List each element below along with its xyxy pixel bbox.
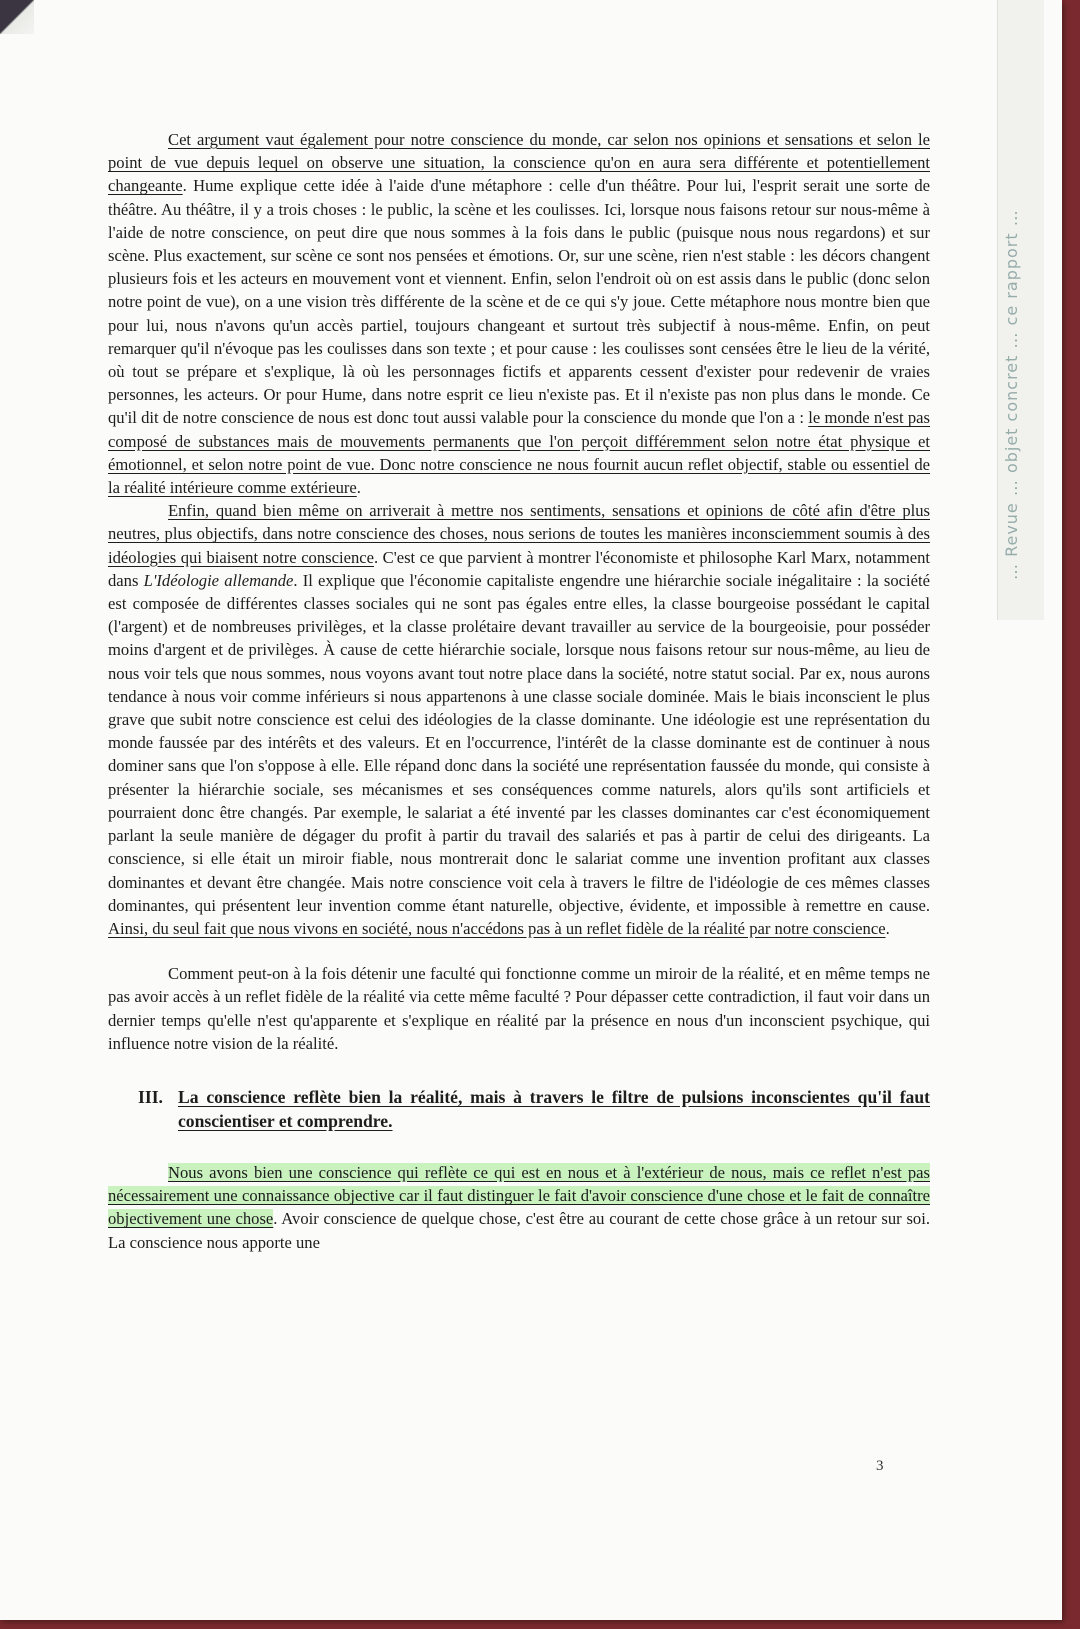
- book-title: L'Idéologie allemande: [144, 571, 294, 590]
- document-body: Cet argument vaut également pour notre c…: [108, 128, 930, 1254]
- body-text: .: [357, 478, 361, 497]
- paragraph-section-three: Nous avons bien une conscience qui reflè…: [108, 1161, 930, 1254]
- body-text: . Hume explique cette idée à l'aide d'un…: [108, 176, 930, 427]
- section-number: III.: [138, 1085, 178, 1133]
- body-text: .: [886, 919, 890, 938]
- page-number: 3: [876, 1458, 884, 1475]
- page-corner-fold: [0, 0, 34, 34]
- paragraph-hume-theatre: Cet argument vaut également pour notre c…: [108, 128, 930, 499]
- section-title: La conscience reflète bien la réalité, m…: [178, 1085, 930, 1133]
- paragraph-transition: Comment peut-on à la fois détenir une fa…: [108, 962, 930, 1055]
- paragraph-marx-ideology: Enfin, quand bien même on arriverait à m…: [108, 499, 930, 940]
- handwritten-margin-note: … Revue … objet concret … ce rapport …: [1002, 80, 1042, 580]
- document-page: … Revue … objet concret … ce rapport … C…: [0, 0, 1062, 1620]
- body-text: . Il explique que l'économie capitaliste…: [108, 571, 930, 915]
- underlined-passage: Ainsi, du seul fait que nous vivons en s…: [108, 919, 886, 938]
- section-heading: III. La conscience reflète bien la réali…: [138, 1085, 930, 1133]
- spacer: [108, 940, 930, 962]
